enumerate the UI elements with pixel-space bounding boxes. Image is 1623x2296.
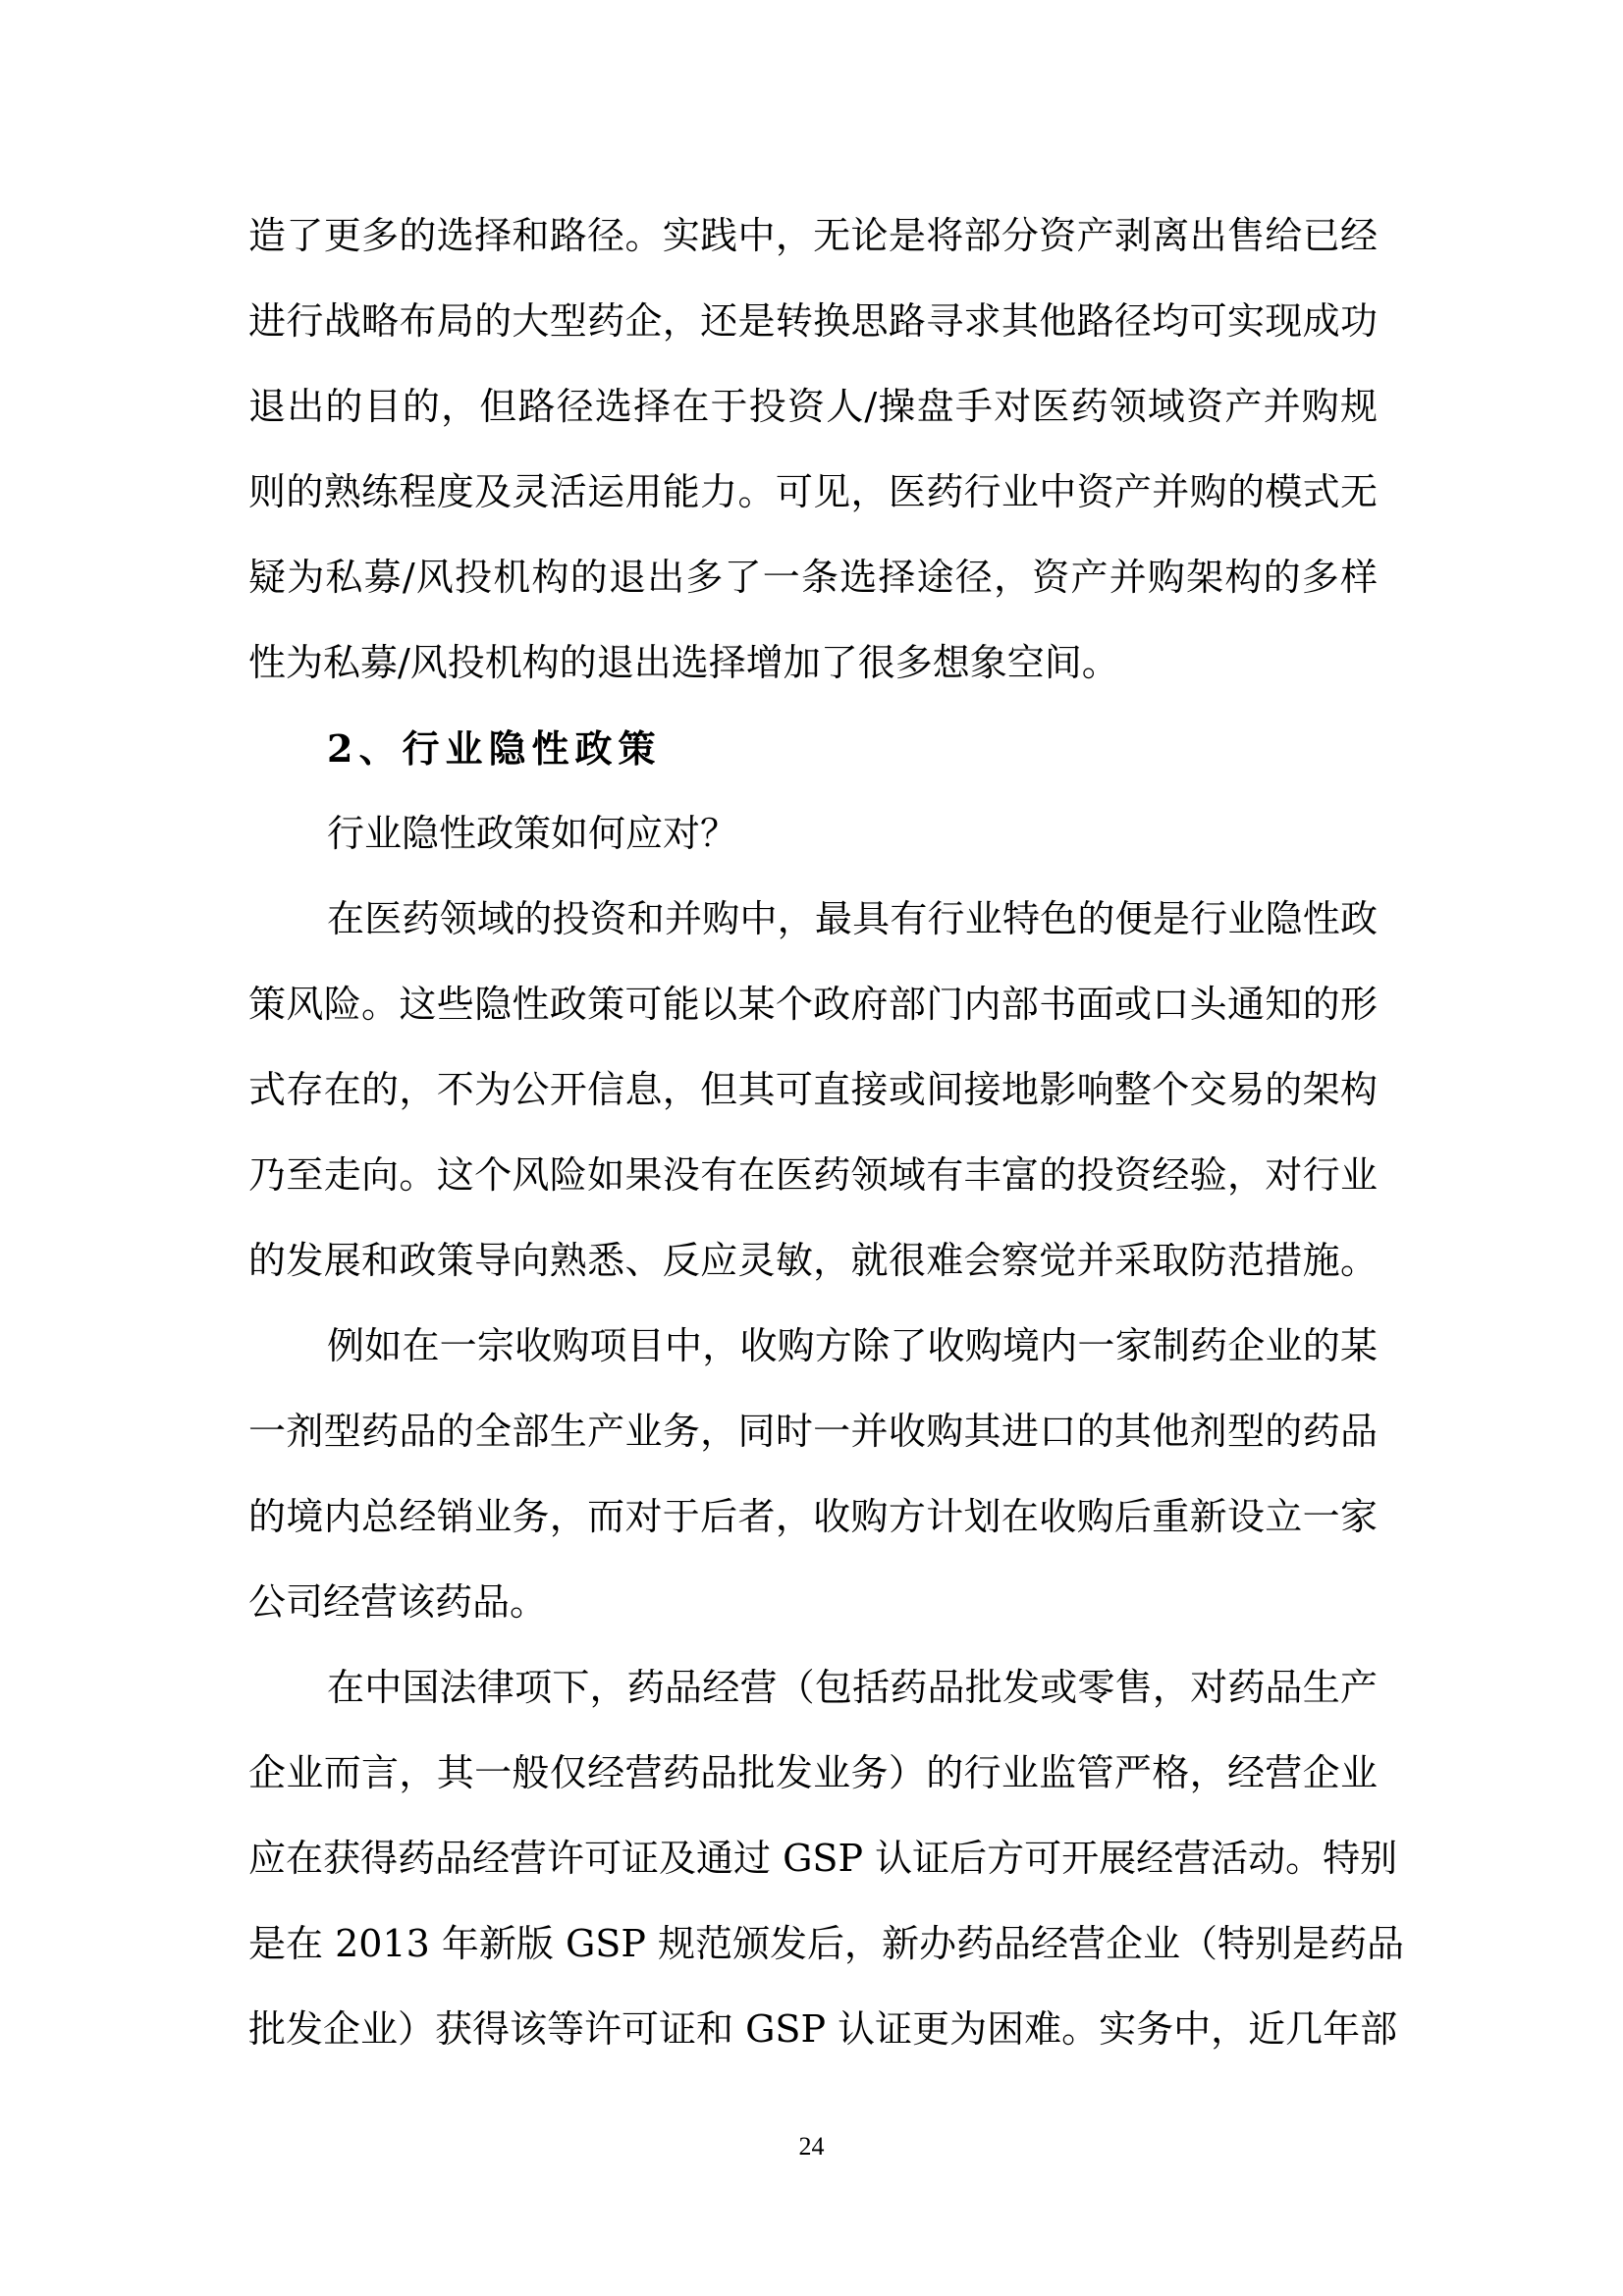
paragraph-line: 公司经营该药品。	[248, 1580, 1378, 1624]
paragraph-line: 的境内总经销业务，而对于后者，收购方计划在收购后重新设立一家	[248, 1495, 1378, 1538]
document-page: 造了更多的选择和路径。实践中，无论是将部分资产剥离出售给已经 进行战略布局的大型…	[0, 0, 1623, 2296]
paragraph-line: 的发展和政策导向熟悉、反应灵敏，就很难会察觉并采取防范措施。	[248, 1239, 1378, 1282]
paragraph-line: 在中国法律项下，药品经营（包括药品批发或零售，对药品生产	[327, 1666, 1378, 1709]
paragraph-line: 企业而言，其一般仅经营药品批发业务）的行业监管严格，经营企业	[248, 1751, 1378, 1794]
paragraph-line: 式存在的，不为公开信息，但其可直接或间接地影响整个交易的架构	[248, 1068, 1378, 1111]
paragraph-line: 策风险。这些隐性政策可能以某个政府部门内部书面或口头通知的形	[248, 983, 1378, 1026]
page-number: 24	[0, 2132, 1623, 2162]
paragraph-line: 批发企业）获得该等许可证和 GSP 认证更为困难。实务中，近几年部	[248, 2007, 1378, 2051]
section-heading: 2、行业隐性政策	[327, 726, 661, 772]
paragraph-line: 是在 2013 年新版 GSP 规范颁发后，新办药品经营企业（特别是药品	[248, 1922, 1378, 1965]
paragraph-line: 则的熟练程度及灵活运用能力。可见，医药行业中资产并购的模式无	[248, 470, 1378, 513]
paragraph-line: 疑为私募/风投机构的退出多了一条选择途径，资产并购架构的多样	[248, 556, 1378, 599]
question-line: 行业隐性政策如何应对？	[327, 812, 1378, 855]
paragraph-line: 例如在一宗收购项目中，收购方除了收购境内一家制药企业的某	[327, 1324, 1378, 1367]
paragraph-line: 性为私募/风投机构的退出选择增加了很多想象空间。	[248, 641, 1378, 684]
paragraph-line: 在医药领域的投资和并购中，最具有行业特色的便是行业隐性政	[327, 897, 1378, 940]
paragraph-line: 应在获得药品经营许可证及通过 GSP 认证后方可开展经营活动。特别	[248, 1837, 1378, 1880]
paragraph-line: 乃至走向。这个风险如果没有在医药领域有丰富的投资经验，对行业	[248, 1153, 1378, 1197]
paragraph-line: 退出的目的，但路径选择在于投资人/操盘手对医药领域资产并购规	[248, 385, 1378, 428]
paragraph-line: 进行战略布局的大型药企，还是转换思路寻求其他路径均可实现成功	[248, 299, 1378, 343]
paragraph-line: 造了更多的选择和路径。实践中，无论是将部分资产剥离出售给已经	[248, 214, 1378, 257]
paragraph-line: 一剂型药品的全部生产业务，同时一并收购其进口的其他剂型的药品	[248, 1410, 1378, 1453]
